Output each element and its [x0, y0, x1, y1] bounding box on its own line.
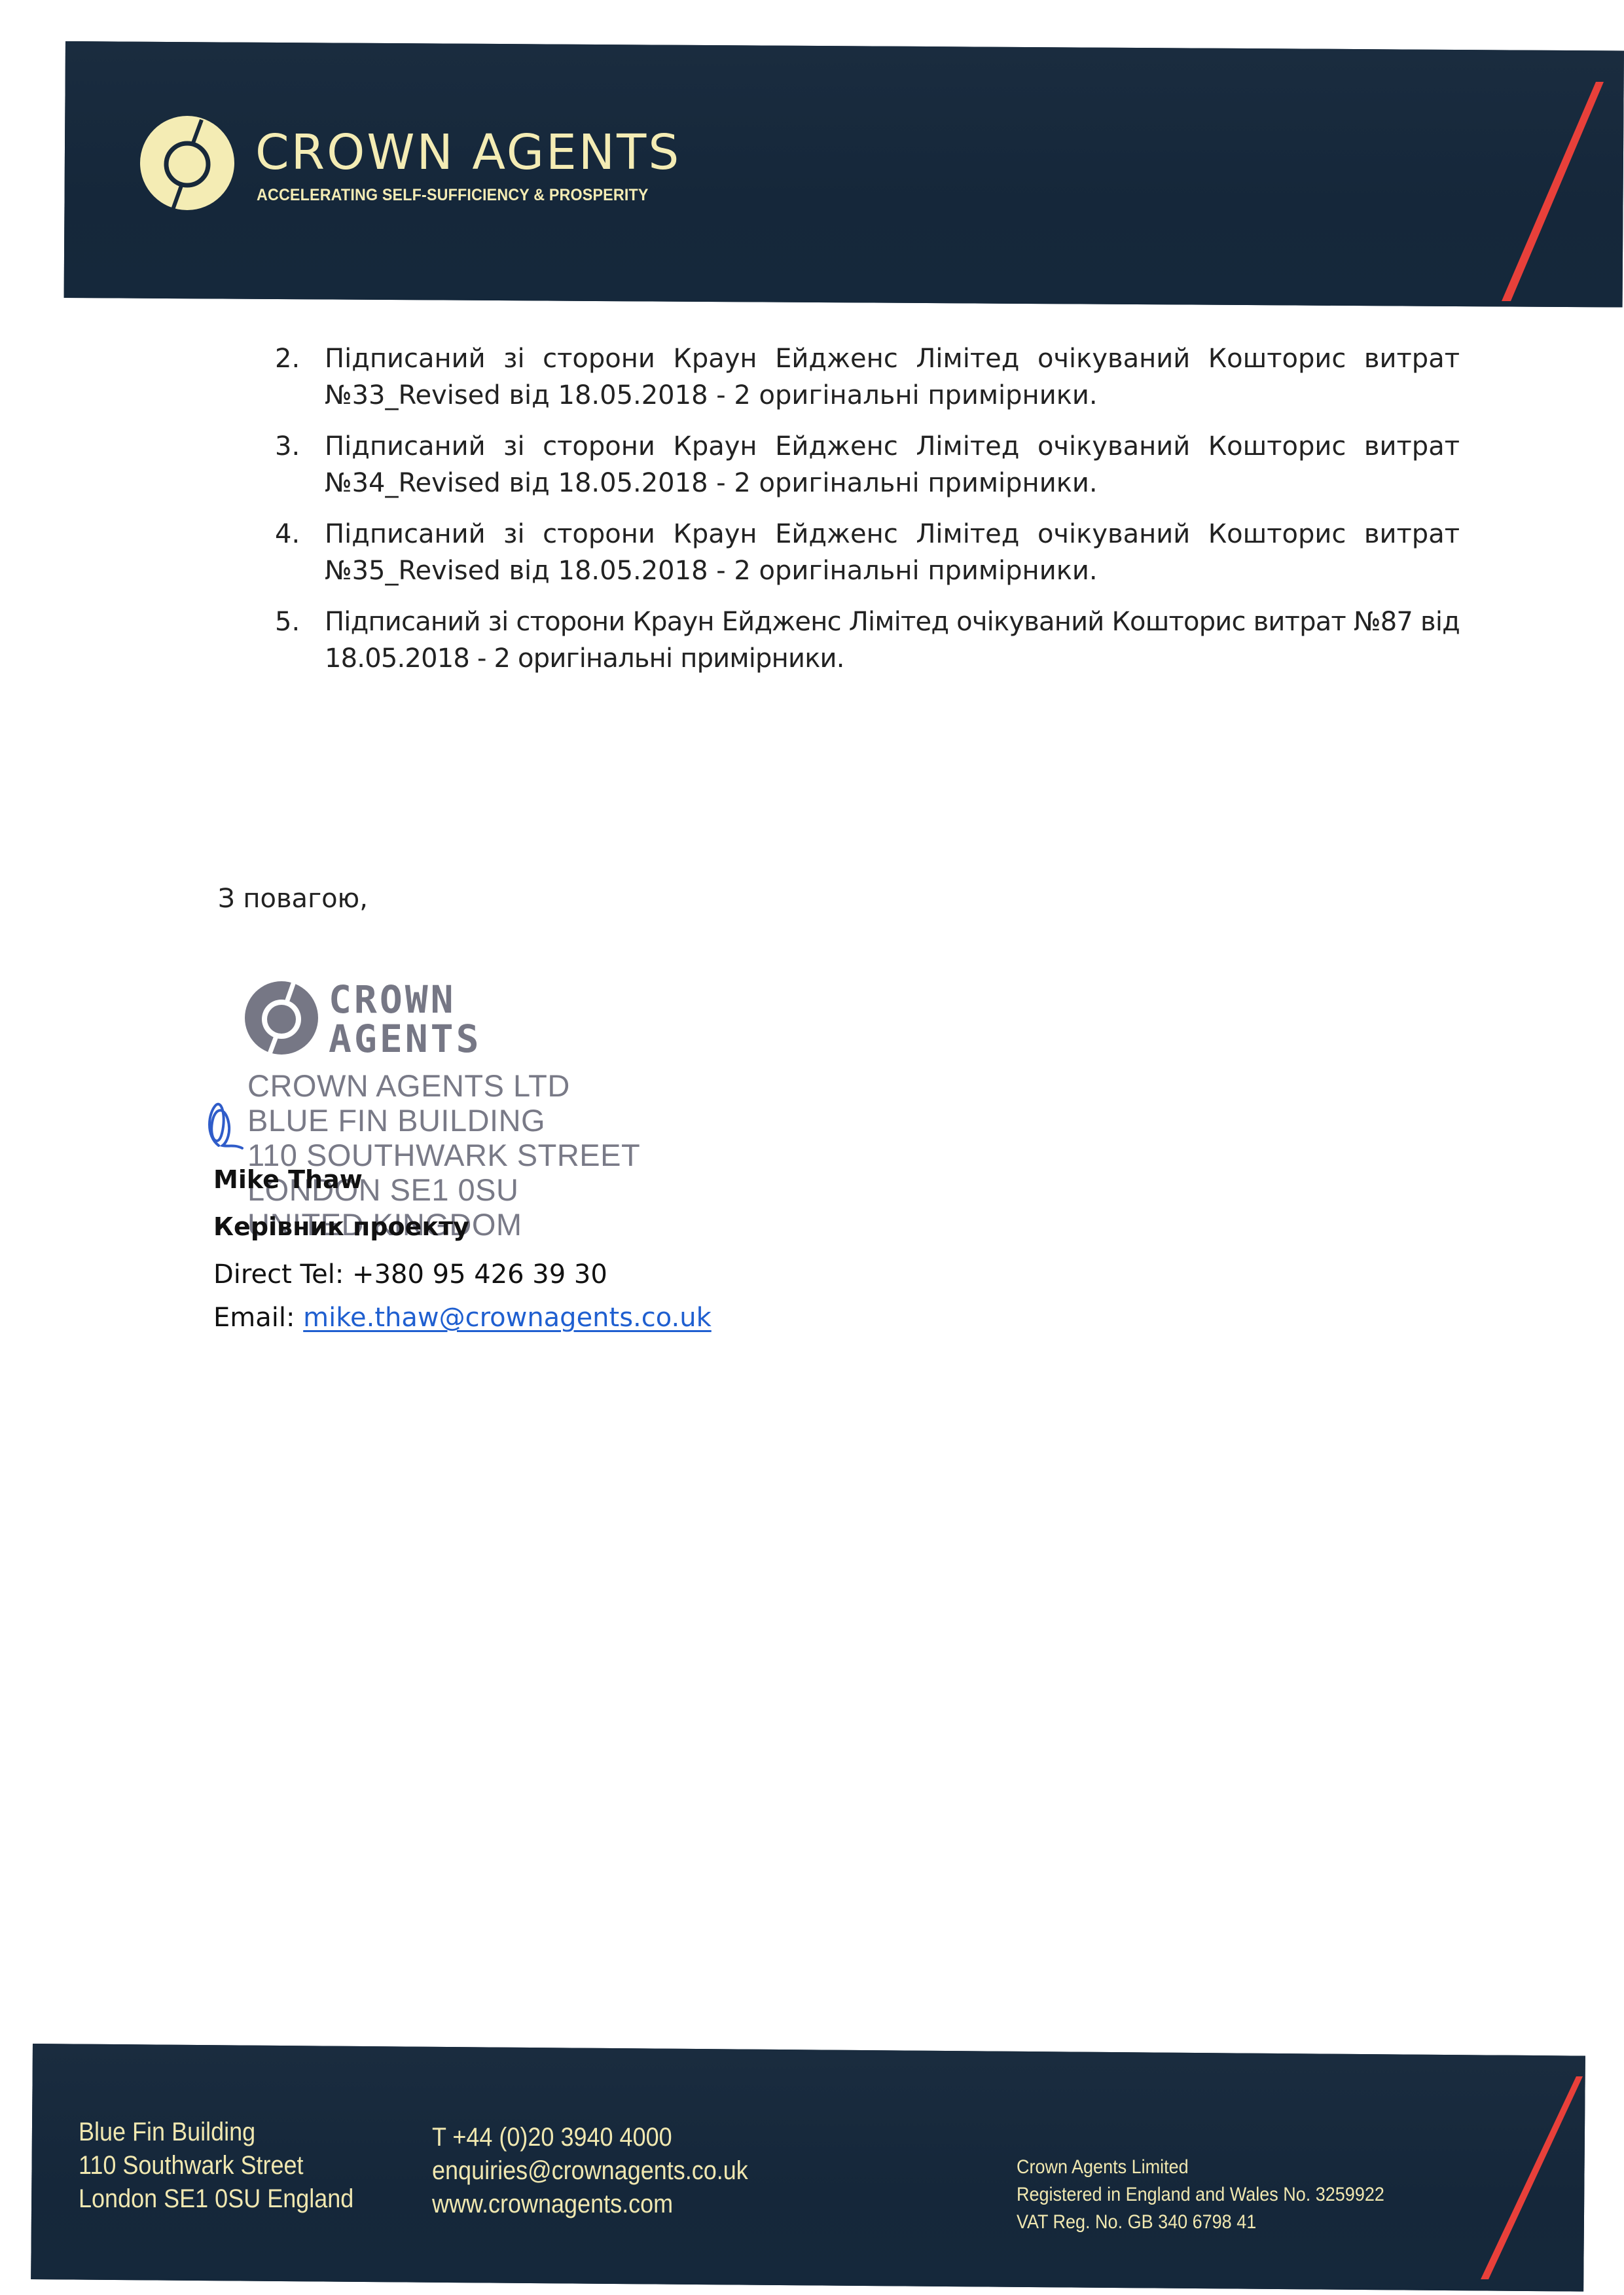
email-label: Email: — [213, 1303, 295, 1333]
signer-name: Mike Thaw — [213, 1165, 363, 1194]
tel-value: +380 95 426 39 30 — [352, 1259, 607, 1290]
list-item-text: Підписаний зі сторони Краун Ейдженс Лімі… — [325, 428, 1460, 501]
email-line: Email: mike.thaw@crownagents.co.uk — [213, 1303, 712, 1333]
list-item-text: Підписаний зі сторони Краун Ейдженс Лімі… — [325, 604, 1460, 677]
footer-contact: T +44 (0)20 3940 4000 enquiries@crownage… — [432, 2121, 748, 2221]
footer-address: Blue Fin Building 110 Southwark Street L… — [79, 2116, 353, 2216]
list-item: 2. Підписаний зі сторони Краун Ейдженс Л… — [275, 340, 1460, 414]
handwritten-signature-icon — [204, 1100, 250, 1152]
list-item: 5. Підписаний зі сторони Краун Ейдженс Л… — [275, 604, 1460, 677]
list-item-number: 4. — [275, 516, 300, 552]
stamp-logo-icon — [242, 979, 321, 1057]
footer-address-line: 110 Southwark Street — [79, 2149, 353, 2182]
footer-email[interactable]: enquiries@crownagents.co.uk — [432, 2154, 748, 2188]
red-slash-decoration-header — [1499, 79, 1617, 304]
stamp-word-crown: CROWN — [329, 977, 456, 1022]
brand-name: CROWN AGENTS — [255, 124, 681, 181]
crown-agents-logo-icon — [139, 115, 236, 211]
brand-tagline: ACCELERATING SELF-SUFFICIENCY & PROSPERI… — [257, 186, 649, 205]
red-slash-decoration-footer — [1473, 2075, 1591, 2285]
tel-label: Direct Tel: — [213, 1259, 344, 1290]
direct-tel-line: Direct Tel: +380 95 426 39 30 — [213, 1259, 607, 1290]
list-item: 3. Підписаний зі сторони Краун Ейдженс Л… — [275, 428, 1460, 501]
footer-company-name: Crown Agents Limited — [1017, 2154, 1384, 2181]
footer-registration: Registered in England and Wales No. 3259… — [1017, 2181, 1384, 2209]
list-item-number: 3. — [275, 428, 300, 465]
list-item: 4. Підписаний зі сторони Краун Ейдженс Л… — [275, 516, 1460, 589]
footer-legal: Crown Agents Limited Registered in Engla… — [1017, 2154, 1384, 2236]
signer-title: Керівник проекту — [213, 1212, 469, 1241]
email-link[interactable]: mike.thaw@crownagents.co.uk — [303, 1303, 712, 1333]
list-item-text: Підписаний зі сторони Краун Ейдженс Лімі… — [325, 516, 1460, 589]
closing-salutation: З повагою, — [218, 884, 368, 914]
list-item-number: 5. — [275, 604, 300, 640]
stamp-word-agents: AGENTS — [329, 1017, 482, 1061]
list-item-text: Підписаний зі сторони Краун Ейдженс Лімі… — [325, 340, 1460, 414]
footer-address-line: London SE1 0SU England — [79, 2182, 353, 2216]
footer-website[interactable]: www.crownagents.com — [432, 2188, 748, 2221]
enclosure-list: 2. Підписаний зі сторони Краун Ейдженс Л… — [275, 340, 1460, 691]
stamp-line: CROWN AGENTS LTD — [247, 1068, 640, 1103]
list-item-number: 2. — [275, 340, 300, 377]
footer-vat: VAT Reg. No. GB 340 6798 41 — [1017, 2209, 1384, 2236]
stamp-line: BLUE FIN BUILDING — [247, 1103, 640, 1138]
footer-phone: T +44 (0)20 3940 4000 — [432, 2121, 748, 2154]
footer-address-line: Blue Fin Building — [79, 2116, 353, 2149]
